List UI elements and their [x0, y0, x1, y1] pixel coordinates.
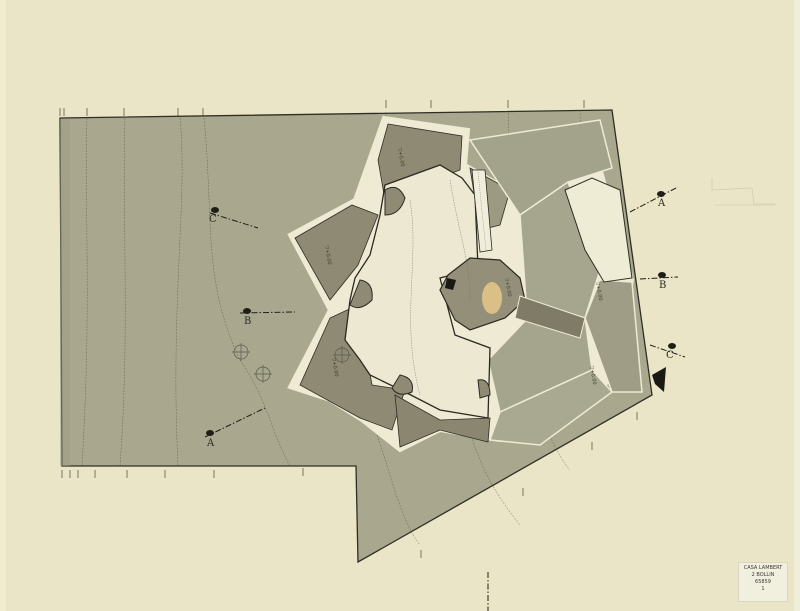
- section-label-c-left: C: [209, 214, 217, 225]
- section-label-b-left: B: [244, 316, 251, 327]
- stamp-line-3: 65859: [739, 579, 787, 586]
- stamp-line-2: 2 BOLLIN: [739, 572, 787, 579]
- section-label-a-right: A: [657, 198, 666, 209]
- drawing-sheet: C B A A B C: [0, 0, 800, 611]
- archive-stamp: CASA LAMBERT 2 BOLLIN 65859 1: [738, 562, 788, 602]
- site-plan-drawing: C B A A B C: [0, 0, 800, 611]
- skylight: [482, 282, 502, 314]
- section-label-b-right: B: [659, 280, 666, 291]
- stamp-circled-number: 1: [739, 586, 787, 593]
- stamp-line-1: CASA LAMBERT: [739, 565, 787, 572]
- section-label-c-right: C: [666, 350, 674, 361]
- section-label-a-left: A: [206, 438, 215, 449]
